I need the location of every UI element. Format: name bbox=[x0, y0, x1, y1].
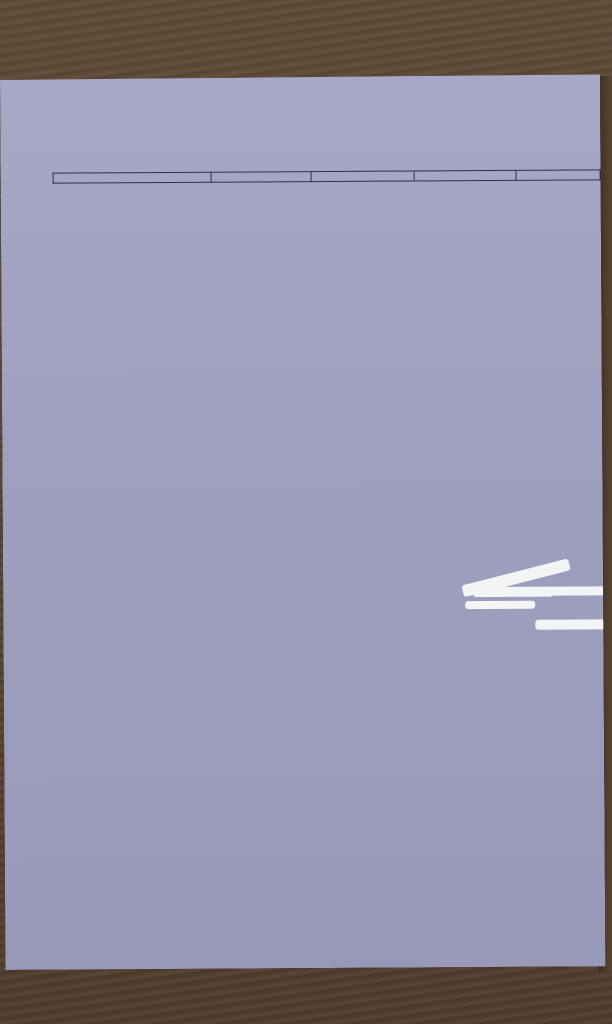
redacted-signature bbox=[473, 587, 553, 597]
header-range bbox=[516, 170, 600, 181]
redacted-name bbox=[535, 619, 612, 629]
document-page bbox=[0, 74, 605, 970]
redacted-signature bbox=[545, 586, 612, 595]
cbc-table bbox=[53, 169, 601, 183]
coagulation-table bbox=[52, 104, 600, 107]
header-unit bbox=[311, 171, 413, 182]
header-value bbox=[211, 172, 312, 183]
cbc-header-row bbox=[53, 170, 600, 183]
header-indicator bbox=[53, 172, 211, 183]
header-norm bbox=[414, 170, 516, 181]
clinical-notes bbox=[0, 74, 600, 78]
redacted-signature bbox=[465, 601, 535, 609]
